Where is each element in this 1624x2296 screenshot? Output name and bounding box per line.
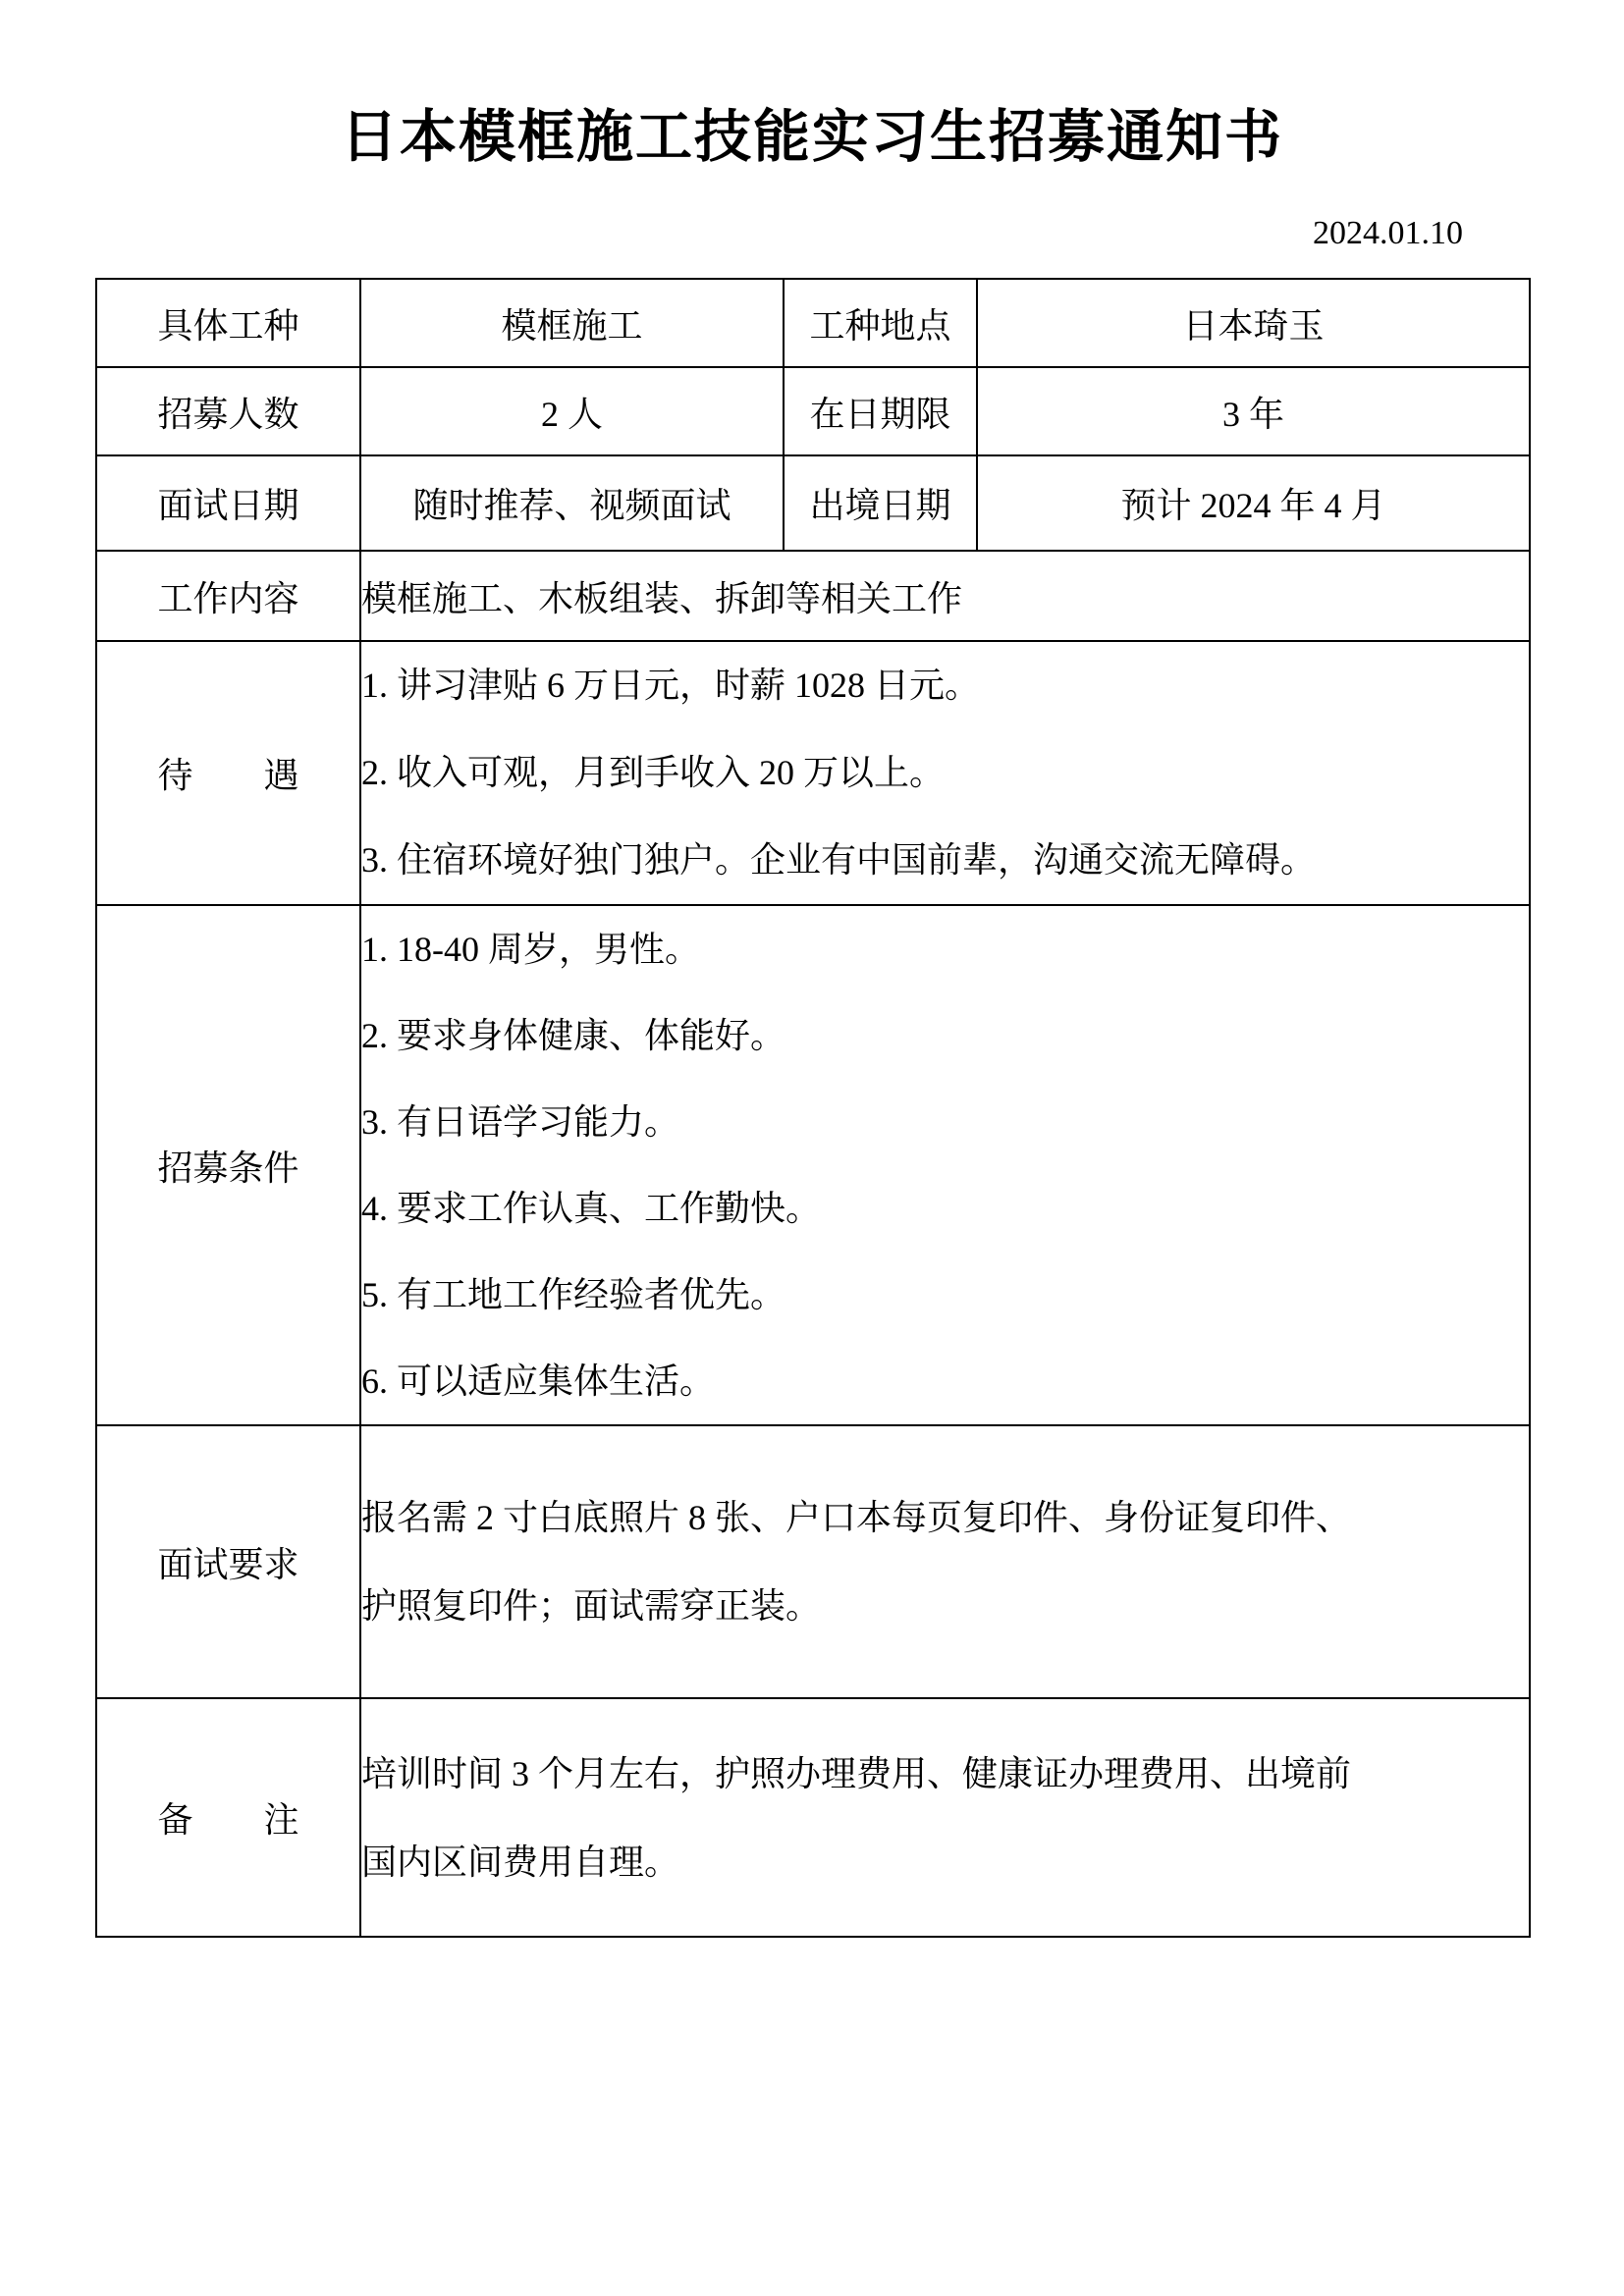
condition-item: 5. 有工地工作经验者优先。 <box>361 1252 1529 1338</box>
table-row-interview-requirements: 面试要求 报名需 2 寸白底照片 8 张、户口本每页复印件、身份证复印件、 护照… <box>96 1425 1530 1698</box>
remarks-line: 国内区间费用自理。 <box>361 1818 1529 1906</box>
recruitment-notice-table: 具体工种 模框施工 工种地点 日本琦玉 招募人数 2 人 在日期限 3 年 面试… <box>95 278 1531 1938</box>
headcount-value: 2 人 <box>360 367 784 455</box>
document-page: 日本模框施工技能实习生招募通知书 2024.01.10 具体工种 模框施工 工种… <box>0 0 1624 2296</box>
conditions-content: 1. 18-40 周岁，男性。 2. 要求身体健康、体能好。 3. 有日语学习能… <box>360 905 1530 1425</box>
departure-date-value: 预计 2024 年 4 月 <box>977 455 1530 551</box>
job-location-label: 工种地点 <box>784 279 977 367</box>
table-row-conditions: 招募条件 1. 18-40 周岁，男性。 2. 要求身体健康、体能好。 3. 有… <box>96 905 1530 1425</box>
table-row-remarks: 备 注 培训时间 3 个月左右，护照办理费用、健康证办理费用、出境前 国内区间费… <box>96 1698 1530 1937</box>
benefits-label: 待 遇 <box>96 641 360 905</box>
departure-date-label: 出境日期 <box>784 455 977 551</box>
interview-requirements-content: 报名需 2 寸白底照片 8 张、户口本每页复印件、身份证复印件、 护照复印件；面… <box>360 1425 1530 1698</box>
remarks-content: 培训时间 3 个月左右，护照办理费用、健康证办理费用、出境前 国内区间费用自理。 <box>360 1698 1530 1937</box>
table-row-benefits: 待 遇 1. 讲习津贴 6 万日元，时薪 1028 日元。 2. 收入可观，月到… <box>96 641 1530 905</box>
table-row-job-content: 工作内容 模框施工、木板组装、拆卸等相关工作 <box>96 551 1530 641</box>
interview-requirements-label: 面试要求 <box>96 1425 360 1698</box>
page-title: 日本模框施工技能实习生招募通知书 <box>0 106 1624 169</box>
table-row-headcount: 招募人数 2 人 在日期限 3 年 <box>96 367 1530 455</box>
headcount-label: 招募人数 <box>96 367 360 455</box>
job-location-value: 日本琦玉 <box>977 279 1530 367</box>
interview-requirements-line: 护照复印件；面试需穿正装。 <box>361 1562 1529 1650</box>
table-row-job-type: 具体工种 模框施工 工种地点 日本琦玉 <box>96 279 1530 367</box>
stay-period-label: 在日期限 <box>784 367 977 455</box>
benefit-item: 2. 收入可观，月到手收入 20 万以上。 <box>361 729 1529 817</box>
interview-requirements-line: 报名需 2 寸白底照片 8 张、户口本每页复印件、身份证复印件、 <box>361 1473 1529 1562</box>
job-type-value: 模框施工 <box>360 279 784 367</box>
document-date: 2024.01.10 <box>1313 214 1463 253</box>
remarks-line: 培训时间 3 个月左右，护照办理费用、健康证办理费用、出境前 <box>361 1730 1529 1818</box>
job-type-label: 具体工种 <box>96 279 360 367</box>
condition-item: 4. 要求工作认真、工作勤快。 <box>361 1165 1529 1252</box>
benefits-content: 1. 讲习津贴 6 万日元，时薪 1028 日元。 2. 收入可观，月到手收入 … <box>360 641 1530 905</box>
condition-item: 2. 要求身体健康、体能好。 <box>361 992 1529 1079</box>
job-content-value: 模框施工、木板组装、拆卸等相关工作 <box>360 551 1530 641</box>
job-content-label: 工作内容 <box>96 551 360 641</box>
conditions-label: 招募条件 <box>96 905 360 1425</box>
benefit-item: 1. 讲习津贴 6 万日元，时薪 1028 日元。 <box>361 642 1529 729</box>
remarks-label: 备 注 <box>96 1698 360 1937</box>
stay-period-value: 3 年 <box>977 367 1530 455</box>
table-row-interview-date: 面试日期 随时推荐、视频面试 出境日期 预计 2024 年 4 月 <box>96 455 1530 551</box>
condition-item: 6. 可以适应集体生活。 <box>361 1338 1529 1424</box>
condition-item: 3. 有日语学习能力。 <box>361 1079 1529 1165</box>
benefit-item: 3. 住宿环境好独门独户。企业有中国前辈，沟通交流无障碍。 <box>361 817 1529 904</box>
condition-item: 1. 18-40 周岁，男性。 <box>361 906 1529 992</box>
interview-date-value: 随时推荐、视频面试 <box>360 455 784 551</box>
interview-date-label: 面试日期 <box>96 455 360 551</box>
